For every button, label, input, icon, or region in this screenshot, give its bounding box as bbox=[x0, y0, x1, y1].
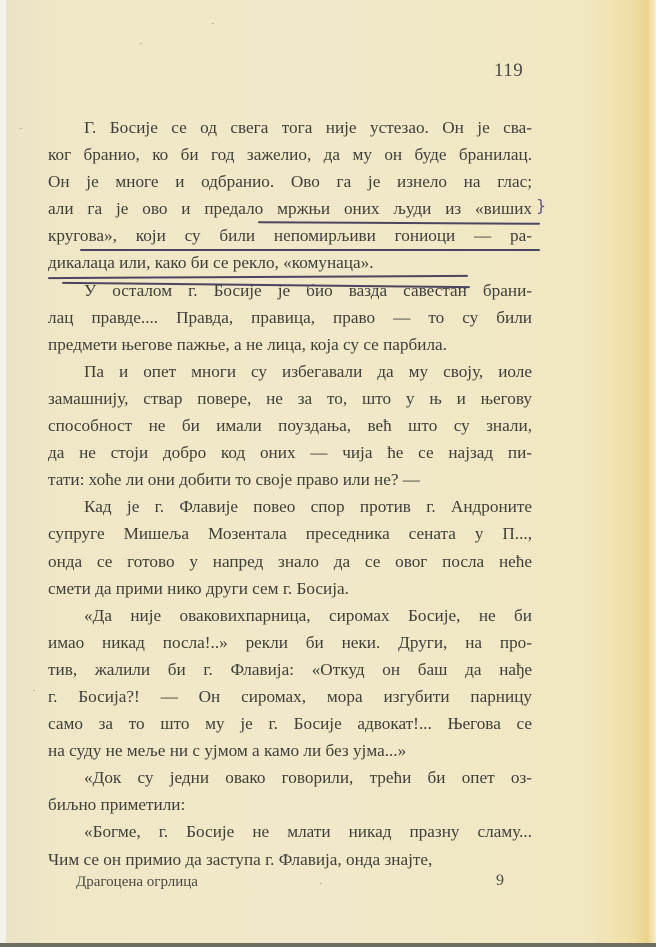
page-number: 119 bbox=[494, 60, 523, 82]
footer-signature-mark: 9 bbox=[496, 872, 504, 890]
text-line: на суду не меље ни с ујмом а камо ли без… bbox=[48, 737, 532, 764]
paragraph: Па и опет многи су избегавали да му свој… bbox=[48, 358, 532, 493]
text-line: биљно приметили: bbox=[48, 791, 532, 818]
text-line: дикалаца или, како би се рекло, «комунац… bbox=[48, 249, 532, 276]
paragraph: «Да није оваковихпарница, сиромах Босије… bbox=[48, 602, 532, 765]
text-line: предмети његове пажње, а не лица, која с… bbox=[48, 331, 532, 358]
text-line: Кад је г. Флавије повео спор против г. А… bbox=[48, 493, 532, 520]
pen-underline bbox=[80, 249, 540, 251]
margin-bracket-mark: } bbox=[536, 196, 546, 215]
text-line: ког бранио, ко би год зажелио, да му он … bbox=[48, 141, 532, 168]
paragraph: «Богме, г. Босије не млати никад празну … bbox=[48, 818, 532, 872]
text-line: тив, жалили би г. Флавија: «Откуд он баш… bbox=[48, 656, 532, 683]
text-line: само за то што му је г. Босије адвокат!.… bbox=[48, 710, 532, 737]
footer-book-title: Драгоцена огрлица bbox=[76, 874, 198, 891]
text-line: «Да није оваковихпарница, сиромах Босије… bbox=[48, 602, 532, 629]
page-edge bbox=[646, 0, 656, 943]
text-line: Чим се он примио да заступа г. Флавија, … bbox=[48, 846, 532, 873]
text-line: имао никад посла!..» рекли би неки. Друг… bbox=[48, 629, 532, 656]
paper-speck bbox=[212, 23, 214, 24]
text-line: «Богме, г. Босије не млати никад празну … bbox=[48, 818, 532, 845]
body-text: Г. Босије се од свега тога није устезао.… bbox=[48, 114, 532, 873]
text-line: г. Босија?! — Он сиромах, мора изгубити … bbox=[48, 683, 532, 710]
text-line: замашнију, ствар повере, не за то, што у… bbox=[48, 385, 532, 412]
text-line: супруге Мишеља Мозентала преседника сена… bbox=[48, 520, 532, 547]
text-line: онда се готово у напред знало да се овог… bbox=[48, 548, 532, 575]
text-line: Па и опет многи су избегавали да му свој… bbox=[48, 358, 532, 385]
paper-speck bbox=[20, 128, 22, 129]
text-line: «Док су једни овако говорили, трећи би о… bbox=[48, 764, 532, 791]
paper-speck bbox=[320, 883, 322, 884]
paragraph: Кад је г. Флавије повео спор против г. А… bbox=[48, 493, 532, 601]
text-line: али га је ово и предало мржњи оних људи … bbox=[48, 195, 532, 222]
text-line: да не стоји добро код оних — чија ће се … bbox=[48, 439, 532, 466]
paragraph: У осталом г. Босије је био вазда савеста… bbox=[48, 277, 532, 358]
paper-speck bbox=[33, 690, 35, 691]
paper-speck bbox=[140, 43, 142, 44]
text-line: Он је многе и одбранио. Ово га је изнело… bbox=[48, 168, 532, 195]
text-line: кругова», који су били непомирљиви гонио… bbox=[48, 222, 532, 249]
text-line: тати: хоће ли они добити то своје право … bbox=[48, 466, 532, 493]
text-line: Г. Босије се од свега тога није устезао.… bbox=[48, 114, 532, 141]
page-shadow bbox=[0, 943, 656, 947]
text-line: У осталом г. Босије је био вазда савеста… bbox=[48, 277, 532, 304]
text-line: смети да прими нико други сем г. Босија. bbox=[48, 575, 532, 602]
paragraph: Г. Босије се од свега тога није устезао.… bbox=[48, 114, 532, 277]
text-line: способност не би имали поуздања, већ што… bbox=[48, 412, 532, 439]
paragraph: «Док су једни овако говорили, трећи би о… bbox=[48, 764, 532, 818]
text-line: лац правде.... Правда, правица, право — … bbox=[48, 304, 532, 331]
